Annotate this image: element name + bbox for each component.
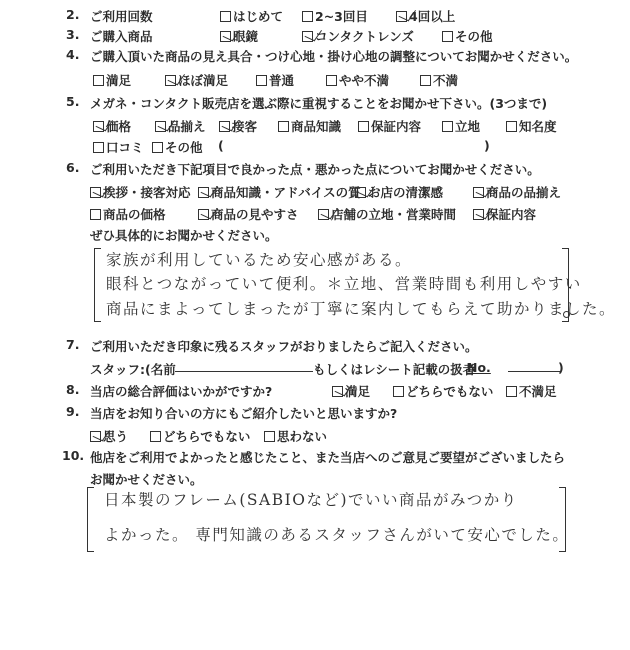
q6-option-advice[interactable]: 商品知識・アドバイスの質	[198, 183, 361, 201]
staff-name-field[interactable]	[175, 371, 313, 372]
q5-option-selection[interactable]: 品揃え	[155, 117, 206, 135]
checked-checkbox-icon	[219, 121, 230, 132]
handwritten-mark	[563, 311, 570, 318]
checked-checkbox-icon	[332, 386, 343, 397]
q8-option-dissatisfied[interactable]: 不満足	[506, 382, 557, 400]
survey-form: 2. ご利用回数 はじめて 2~3回目 4回以上 3. ご購入商品 眼鏡 コンタ…	[0, 0, 630, 650]
q6-prompt: ぜひ具体的にお聞かせください。	[90, 226, 278, 244]
checkbox-icon	[420, 75, 431, 86]
checkbox-icon	[393, 386, 404, 397]
checkbox-icon	[264, 431, 275, 442]
handwritten-line-5: よかった。 専門知識のあるスタッフさんがいて安心でした。	[104, 523, 569, 545]
checkbox-icon	[90, 209, 101, 220]
q5-option-service[interactable]: 接客	[219, 117, 257, 135]
q4-option-dissatisfied[interactable]: 不満	[420, 71, 458, 89]
q5-text: メガネ・コンタクト販売店を選ぶ際に重視することをお聞かせ下さい。(3つまで)	[90, 94, 547, 112]
checked-checkbox-icon	[90, 431, 101, 442]
q2-option-2-3[interactable]: 2~3回目	[302, 7, 368, 25]
checkbox-icon	[506, 121, 517, 132]
checked-checkbox-icon	[302, 31, 313, 42]
q6-option-visibility[interactable]: 商品の見やすさ	[198, 205, 299, 223]
q7-number: 7.	[66, 337, 79, 352]
q7-staff-no-label: No.	[467, 360, 491, 375]
q5-option-other[interactable]: その他	[152, 138, 203, 156]
q3-option-other[interactable]: その他	[442, 27, 493, 45]
q3-option-glasses[interactable]: 眼鏡	[220, 27, 258, 45]
checked-checkbox-icon	[355, 187, 366, 198]
q6-option-warranty[interactable]: 保証内容	[473, 205, 536, 223]
handwritten-line-4: 日本製のフレーム(SABIOなど)でいい商品がみつかり	[104, 488, 518, 510]
handwritten-line-1: 家族が利用しているため安心感がある。	[106, 248, 412, 270]
q8-text: 当店の総合評価はいかがですか?	[90, 382, 272, 400]
checked-checkbox-icon	[165, 75, 176, 86]
checkbox-icon	[93, 75, 104, 86]
checked-checkbox-icon	[473, 187, 484, 198]
q2-text: ご利用回数	[90, 7, 153, 25]
staff-number-field[interactable]	[508, 371, 560, 372]
checkbox-icon	[442, 31, 453, 42]
checkbox-icon	[150, 431, 161, 442]
q10-number: 10.	[62, 448, 84, 463]
checkbox-icon	[326, 75, 337, 86]
checked-checkbox-icon	[198, 209, 209, 220]
q8-option-neutral[interactable]: どちらでもない	[393, 382, 493, 400]
q5-number: 5.	[66, 94, 79, 109]
q6-text: ご利用いただき下記項目で良かった点・悪かった点についてお聞かせください。	[90, 160, 540, 178]
q9-number: 9.	[66, 404, 79, 419]
comment-bracket-left-2	[87, 487, 94, 552]
q7-staff-middle: もしくはレシート記載の扱者	[313, 360, 475, 378]
q5-option-knowledge[interactable]: 商品知識	[278, 117, 341, 135]
q5-option-reviews[interactable]: 口コミ	[93, 138, 144, 156]
q4-option-mostly[interactable]: ほぼ満足	[165, 71, 228, 89]
q3-number: 3.	[66, 27, 79, 42]
q10-text-2: お聞かせください。	[90, 470, 203, 488]
q7-text: ご利用いただき印象に残るスタッフがおりましたらご記入ください。	[90, 337, 478, 355]
checkbox-icon	[256, 75, 267, 86]
q5-option-warranty[interactable]: 保証内容	[358, 117, 421, 135]
q5-option-fame[interactable]: 知名度	[506, 117, 557, 135]
checkbox-icon	[93, 142, 104, 153]
q9-option-neutral[interactable]: どちらでもない	[150, 427, 250, 445]
handwritten-line-2: 眼科とつながっていて便利。＊立地、営業時間も利用しやすい	[106, 272, 582, 294]
q6-option-cleanliness[interactable]: お店の清潔感	[355, 183, 443, 201]
q7-staff-prefix: スタッフ:(名前	[90, 360, 176, 378]
checkbox-icon	[152, 142, 163, 153]
q5-option-location[interactable]: 立地	[442, 117, 480, 135]
q6-option-location-hours[interactable]: 店舗の立地・営業時間	[318, 205, 456, 223]
checked-checkbox-icon	[396, 11, 407, 22]
checked-checkbox-icon	[93, 121, 104, 132]
q6-option-greeting[interactable]: 挨拶・接客対応	[90, 183, 191, 201]
handwritten-line-3: 商品にまよってしまったが丁寧に案内してもらえて助かりました。	[106, 297, 616, 319]
checkbox-icon	[506, 386, 517, 397]
q7-staff-close: )	[558, 360, 564, 375]
q4-text: ご購入頂いた商品の見え具合・つけ心地・掛け心地の調整についてお聞かせください。	[90, 47, 577, 65]
q6-option-selection[interactable]: 商品の品揃え	[473, 183, 561, 201]
checkbox-icon	[302, 11, 313, 22]
q4-option-normal[interactable]: 普通	[256, 71, 294, 89]
q6-option-price[interactable]: 商品の価格	[90, 205, 166, 223]
q9-text: 当店をお知り合いの方にもご紹介したいと思いますか?	[90, 404, 397, 422]
checked-checkbox-icon	[90, 187, 101, 198]
checked-checkbox-icon	[220, 31, 231, 42]
q2-option-first[interactable]: はじめて	[220, 7, 283, 25]
q10-text: 他店をご利用でよかったと感じたこと、また当店へのご意見ご要望がございましたら	[90, 448, 565, 466]
q8-option-satisfied[interactable]: 満足	[332, 382, 370, 400]
q5-other-close-paren: )	[484, 138, 490, 153]
q4-number: 4.	[66, 47, 79, 62]
q2-number: 2.	[66, 7, 79, 22]
checked-checkbox-icon	[473, 209, 484, 220]
checkbox-icon	[278, 121, 289, 132]
checkbox-icon	[442, 121, 453, 132]
q9-option-no[interactable]: 思わない	[264, 427, 327, 445]
q9-option-yes[interactable]: 思う	[90, 427, 128, 445]
q3-option-contacts[interactable]: コンタクトレンズ	[302, 27, 414, 45]
q5-option-price[interactable]: 価格	[93, 117, 131, 135]
q8-number: 8.	[66, 382, 79, 397]
q6-number: 6.	[66, 160, 79, 175]
comment-bracket-left	[94, 248, 101, 322]
q5-other-open-paren: (	[218, 138, 224, 153]
checkbox-icon	[220, 11, 231, 22]
checkbox-icon	[358, 121, 369, 132]
checked-checkbox-icon	[155, 121, 166, 132]
q4-option-satisfied[interactable]: 満足	[93, 71, 131, 89]
checked-checkbox-icon	[318, 209, 329, 220]
q3-text: ご購入商品	[90, 27, 153, 45]
q2-option-4plus[interactable]: 4回以上	[396, 7, 455, 25]
q4-option-somewhat[interactable]: やや不満	[326, 71, 389, 89]
checked-checkbox-icon	[198, 187, 209, 198]
